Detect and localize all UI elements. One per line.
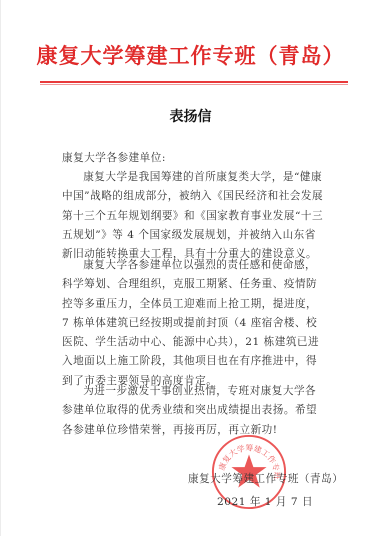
document-page: 康复大学筹建工作专班（青岛） 表扬信 康复大学各参建单位: 康复大学是我国筹建的… (0, 0, 379, 536)
signature: 康复大学筹建工作专班（青岛） (188, 471, 343, 486)
salutation: 康复大学各参建单位: (62, 149, 324, 168)
document-title: 表扬信 (1, 106, 379, 126)
paragraph-2: 康复大学各参建单位以强烈的责任感和使命感，科学筹划、合理组织，克服工期紧、任务重… (62, 256, 324, 391)
letterhead-title: 康复大学筹建工作专班（青岛） (1, 40, 379, 70)
paragraph-1: 康复大学是我国筹建的首所康复类大学，是“健康中国”战略的组成部分，被纳入《国民经… (62, 168, 324, 264)
paragraph-3: 为进一步激发干事创业热情，专班对康复大学各参建单位取得的优秀业绩和突出成绩提出表… (62, 382, 324, 440)
signature-date: 2021 年 1 月 7 日 (217, 494, 313, 509)
letterhead-rule-thin (40, 84, 348, 85)
letterhead-rule (40, 81, 348, 83)
